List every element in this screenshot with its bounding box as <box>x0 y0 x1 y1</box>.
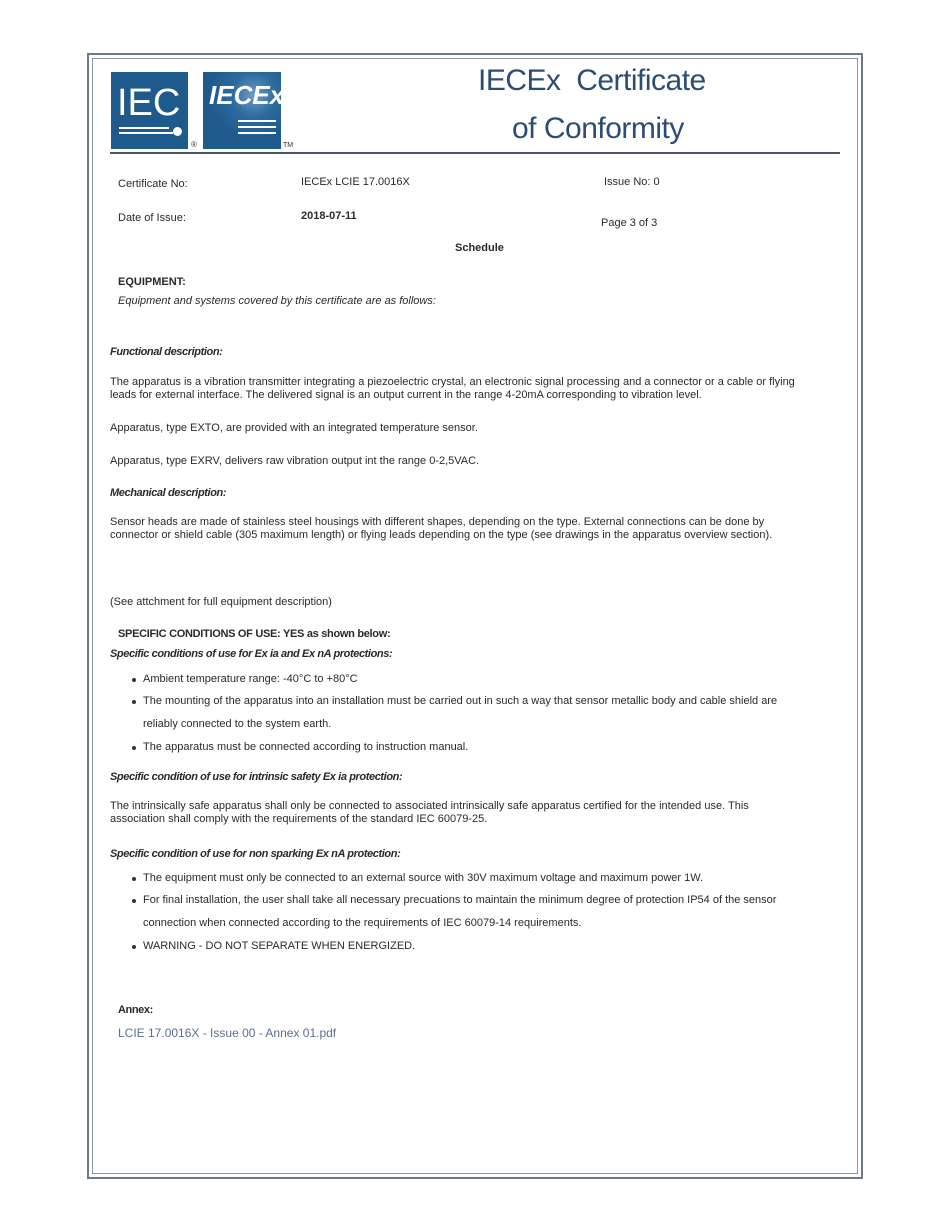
logo-line <box>238 126 276 128</box>
issue-no: Issue No: 0 <box>604 176 660 188</box>
logo-line <box>238 120 276 122</box>
page-border-inner <box>92 58 858 1174</box>
iec-logo-text: IEC <box>117 82 180 125</box>
attachment-note: (See attchment for full equipment descri… <box>110 596 332 608</box>
logo-line <box>119 127 169 129</box>
annex-file-link[interactable]: LCIE 17.0016X - Issue 00 - Annex 01.pdf <box>118 1026 336 1040</box>
equipment-heading: EQUIPMENT: <box>118 276 186 288</box>
conditions-na-heading: Specific condition of use for non sparki… <box>110 848 400 860</box>
bullet-icon <box>132 945 136 949</box>
annex-heading: Annex: <box>118 1004 153 1016</box>
functional-description-line: The apparatus is a vibration transmitter… <box>110 376 795 388</box>
mechanical-description-heading: Mechanical description: <box>110 487 226 499</box>
bullet-icon <box>132 678 136 682</box>
certificate-no-label: Certificate No: <box>118 178 188 190</box>
logo-line <box>238 132 276 134</box>
mechanical-description-line: connector or shield cable (305 maximum l… <box>110 529 772 541</box>
conditions-ia-na-heading: Specific conditions of use for Ex ia and… <box>110 648 392 660</box>
header-divider <box>110 152 840 154</box>
functional-description-line: leads for external interface. The delive… <box>110 389 702 401</box>
conditions-ia-heading: Specific condition of use for intrinsic … <box>110 771 402 783</box>
logo-dot <box>173 127 182 136</box>
certificate-no-value: IECEx LCIE 17.0016X <box>301 176 410 188</box>
condition-text-continued: reliably connected to the system earth. <box>143 718 331 730</box>
condition-bullet: The mounting of the apparatus into an in… <box>143 695 777 707</box>
iec-logo: IEC <box>111 72 188 149</box>
certificate-subtitle: of Conformity <box>512 112 684 146</box>
condition-text: WARNING - DO NOT SEPARATE WHEN ENERGIZED… <box>143 940 415 952</box>
condition-text: The apparatus must be connected accordin… <box>143 741 468 753</box>
page-number: Page 3 of 3 <box>601 217 657 229</box>
condition-bullet: WARNING - DO NOT SEPARATE WHEN ENERGIZED… <box>143 940 415 952</box>
exrv-description: Apparatus, type EXRV, delivers raw vibra… <box>110 455 479 467</box>
conditions-heading: SPECIFIC CONDITIONS OF USE: YES as shown… <box>118 628 390 640</box>
iecex-logo-text: IECEx <box>209 80 284 111</box>
condition-text-continued: connection when connected according to t… <box>143 917 581 929</box>
date-of-issue-label: Date of Issue: <box>118 212 186 224</box>
date-of-issue-value: 2018-07-11 <box>301 210 357 222</box>
condition-ia-line: association shall comply with the requir… <box>110 813 487 825</box>
bullet-icon <box>132 700 136 704</box>
schedule-heading: Schedule <box>455 242 504 254</box>
condition-text: The mounting of the apparatus into an in… <box>143 695 777 707</box>
condition-text: Ambient temperature range: -40°C to +80°… <box>143 673 358 685</box>
condition-bullet: The equipment must only be connected to … <box>143 872 703 884</box>
registered-mark: ® <box>191 140 197 149</box>
condition-text: The equipment must only be connected to … <box>143 872 703 884</box>
condition-ia-line: The intrinsically safe apparatus shall o… <box>110 800 749 812</box>
functional-description-heading: Functional description: <box>110 346 222 358</box>
condition-bullet: For final installation, the user shall t… <box>143 894 776 906</box>
condition-text: For final installation, the user shall t… <box>143 894 776 906</box>
certificate-title: IECEx Certificate <box>478 64 706 98</box>
condition-bullet: Ambient temperature range: -40°C to +80°… <box>143 673 358 685</box>
bullet-icon <box>132 877 136 881</box>
bullet-icon <box>132 746 136 750</box>
mechanical-description-line: Sensor heads are made of stainless steel… <box>110 516 764 528</box>
bullet-icon <box>132 899 136 903</box>
trademark-mark: TM <box>283 142 293 149</box>
logo-line <box>119 132 173 134</box>
exto-description: Apparatus, type EXTO, are provided with … <box>110 422 478 434</box>
equipment-intro: Equipment and systems covered by this ce… <box>118 295 436 307</box>
condition-bullet: The apparatus must be connected accordin… <box>143 741 468 753</box>
iecex-logo: IECEx <box>203 72 281 149</box>
